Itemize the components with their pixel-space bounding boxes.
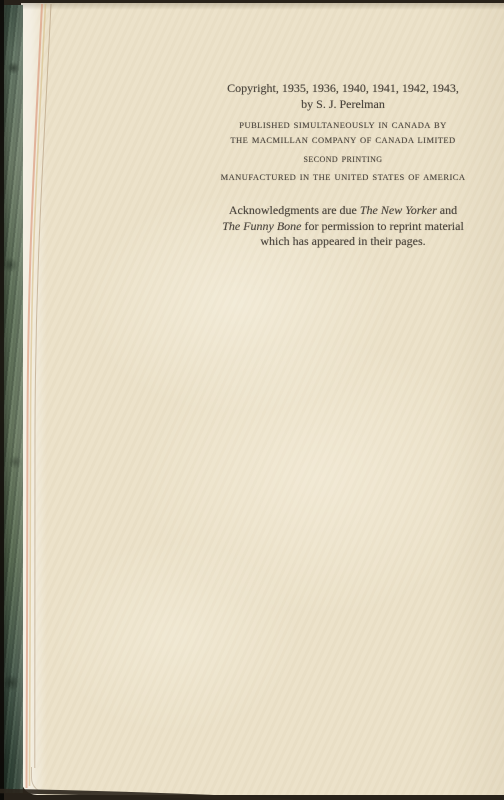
- publisher-notice: PUBLISHED SIMULTANEOUSLY IN CANADA BY TH…: [186, 118, 500, 148]
- book-photo: Copyright, 1935, 1936, 1940, 1941, 1942,…: [0, 0, 504, 800]
- acknowledgment-text: Acknowledgments are due: [229, 203, 360, 217]
- acknowledgment-text: which has appeared in their pages.: [260, 234, 425, 248]
- printing-notice: SECOND PRINTING: [186, 154, 500, 166]
- publisher-line-1: PUBLISHED SIMULTANEOUSLY IN CANADA BY: [186, 118, 500, 133]
- acknowledgment-line-1: Acknowledgments are due The New Yorker a…: [186, 203, 500, 219]
- printing-notice-line: SECOND PRINTING: [186, 154, 500, 166]
- acknowledgment-line-3: which has appeared in their pages.: [186, 234, 500, 250]
- publication-name-funny-bone: The Funny Bone: [222, 219, 301, 233]
- copyright-notice: Copyright, 1935, 1936, 1940, 1941, 1942,…: [186, 80, 500, 112]
- page-corner-groove: [31, 767, 91, 793]
- copyright-page-text: Copyright, 1935, 1936, 1940, 1941, 1942,…: [186, 80, 500, 250]
- acknowledgment-paragraph: Acknowledgments are due The New Yorker a…: [186, 203, 500, 250]
- acknowledgment-line-2: The Funny Bone for permission to reprint…: [186, 219, 500, 235]
- book-cover-cloth: [2, 5, 23, 793]
- acknowledgment-text: for permission to reprint material: [302, 219, 464, 233]
- copyright-line-1: Copyright, 1935, 1936, 1940, 1941, 1942,…: [186, 80, 500, 96]
- publication-name-new-yorker: The New Yorker: [360, 203, 437, 217]
- manufacture-notice-line: MANUFACTURED IN THE UNITED STATES OF AME…: [186, 171, 500, 184]
- photo-left-edge: [0, 0, 4, 800]
- copyright-line-2: by S. J. Perelman: [186, 96, 500, 112]
- publisher-line-2: THE MACMILLAN COMPANY OF CANADA LIMITED: [186, 133, 500, 148]
- acknowledgment-text: and: [437, 203, 457, 217]
- manufacture-notice: MANUFACTURED IN THE UNITED STATES OF AME…: [186, 171, 500, 184]
